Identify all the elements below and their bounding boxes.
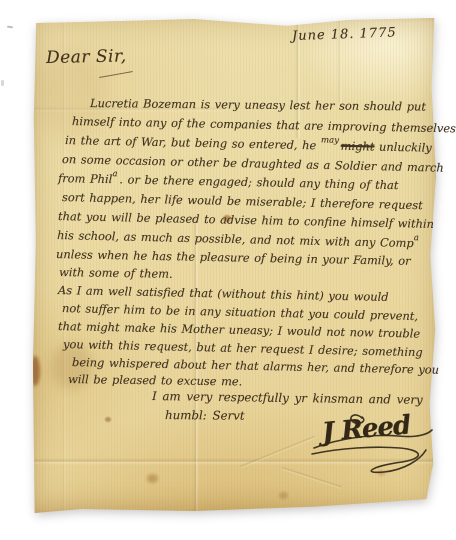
letter-line: will be pleased to excuse me. <box>68 373 242 388</box>
word-sup: a <box>112 169 117 179</box>
word-strike: might <box>341 139 375 154</box>
scan-speck <box>7 26 13 29</box>
letter-text: from Phil <box>58 171 113 186</box>
letter-text: with some of them. <box>59 265 173 281</box>
word-sup: may <box>321 135 339 145</box>
letter-salutation: Dear Sir, <box>46 46 127 68</box>
letter-text: will be pleased to excuse me. <box>68 372 242 388</box>
scanned-letter-page: June 18. 1775 Dear Sir, Lucretia Bozeman… <box>0 0 456 540</box>
letter-text: unluckily <box>374 139 432 154</box>
letter-line: with some of them. <box>59 266 173 281</box>
scan-speck <box>1 80 4 86</box>
word-sup: a <box>414 233 419 243</box>
closing-line: humbl: Servt <box>165 408 245 423</box>
